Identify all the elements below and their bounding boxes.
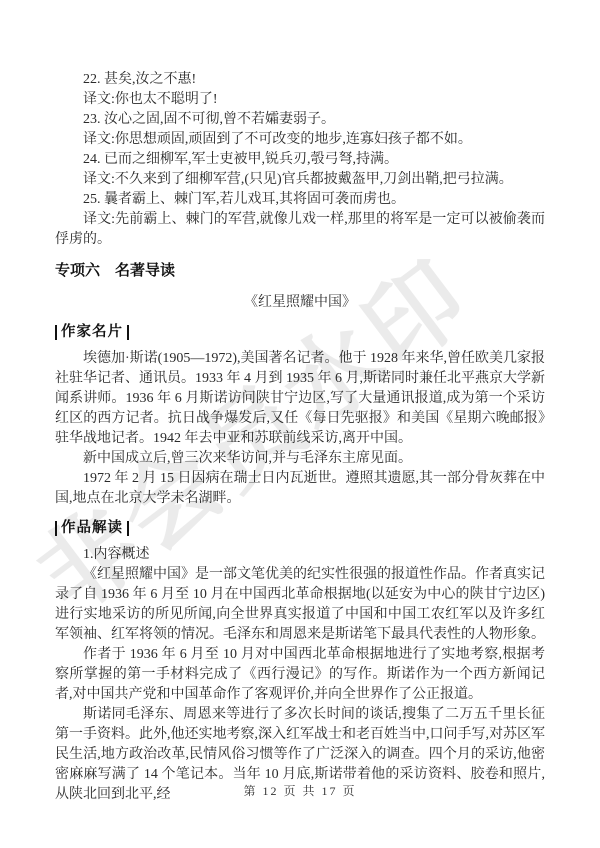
- work-analysis-heading-label: 作品解读: [61, 519, 123, 537]
- author-profile-paragraph: 埃德加·斯诺(1905—1972),美国著名记者。他于 1928 年来华,曾任欧…: [55, 349, 545, 449]
- translation-line: 译文:先前霸上、棘门的军营,就像儿戏一样,那里的将军是一定可以被偷袭而俘虏的。: [55, 210, 545, 250]
- book-title: 《红星照耀中国》: [55, 293, 545, 313]
- unit-heading: 专项六 名著导读: [55, 261, 545, 281]
- author-profile-paragraph: 1972 年 2 月 15 日因病在瑞士日内瓦逝世。遵照其遗愿,其一部分骨灰葬在…: [55, 469, 545, 509]
- translation-line: 22. 甚矣,汝之不惠!: [55, 70, 545, 90]
- translation-line: 25. 曩者霸上、棘门军,若儿戏耳,其将固可袭而虏也。: [55, 190, 545, 210]
- work-analysis-paragraph: 作者于 1936 年 6 月至 10 月对中国西北革命根据地进行了实地考察,根据…: [55, 645, 545, 705]
- page-number-footer: 第 12 页 共 17 页: [0, 782, 600, 799]
- heading-bar-left: [55, 521, 57, 536]
- document-page: 非会员水印 22. 甚矣,汝之不惠! 译文:你也太不聪明了! 23. 汝心之固,…: [0, 0, 600, 848]
- author-profile-paragraph: 新中国成立后,曾三次来华访问,并与毛泽东主席见面。: [55, 449, 545, 469]
- work-analysis-heading: 作品解读: [55, 519, 545, 537]
- work-analysis-paragraph: 《红星照耀中国》是一部文笔优美的纪实性很强的报道性作品。作者真实记录了自 193…: [55, 565, 545, 645]
- work-analysis-section: 作品解读 1.内容概述 《红星照耀中国》是一部文笔优美的纪实性很强的报道性作品。…: [55, 519, 545, 805]
- translation-line: 译文:不久来到了细柳军营,(只见)官兵都披戴盔甲,刀剑出鞘,把弓拉满。: [55, 170, 545, 190]
- author-profile-heading: 作家名片: [55, 323, 545, 341]
- translation-section: 22. 甚矣,汝之不惠! 译文:你也太不聪明了! 23. 汝心之固,固不可彻,曾…: [55, 70, 545, 250]
- page-content: 22. 甚矣,汝之不惠! 译文:你也太不聪明了! 23. 汝心之固,固不可彻,曾…: [0, 0, 600, 805]
- translation-line: 24. 已而之细柳军,军士吏被甲,锐兵刃,彀弓弩,持满。: [55, 150, 545, 170]
- author-profile-heading-label: 作家名片: [61, 323, 123, 341]
- heading-bar-right: [127, 325, 129, 340]
- heading-bar-right: [127, 521, 129, 536]
- heading-bar-left: [55, 325, 57, 340]
- author-profile-section: 作家名片 埃德加·斯诺(1905—1972),美国著名记者。他于 1928 年来…: [55, 323, 545, 509]
- work-analysis-subheading: 1.内容概述: [55, 545, 545, 565]
- translation-line: 23. 汝心之固,固不可彻,曾不若孀妻弱子。: [55, 110, 545, 130]
- translation-line: 译文:你思想顽固,顽固到了不可改变的地步,连寡妇孩子都不如。: [55, 130, 545, 150]
- translation-line: 译文:你也太不聪明了!: [55, 90, 545, 110]
